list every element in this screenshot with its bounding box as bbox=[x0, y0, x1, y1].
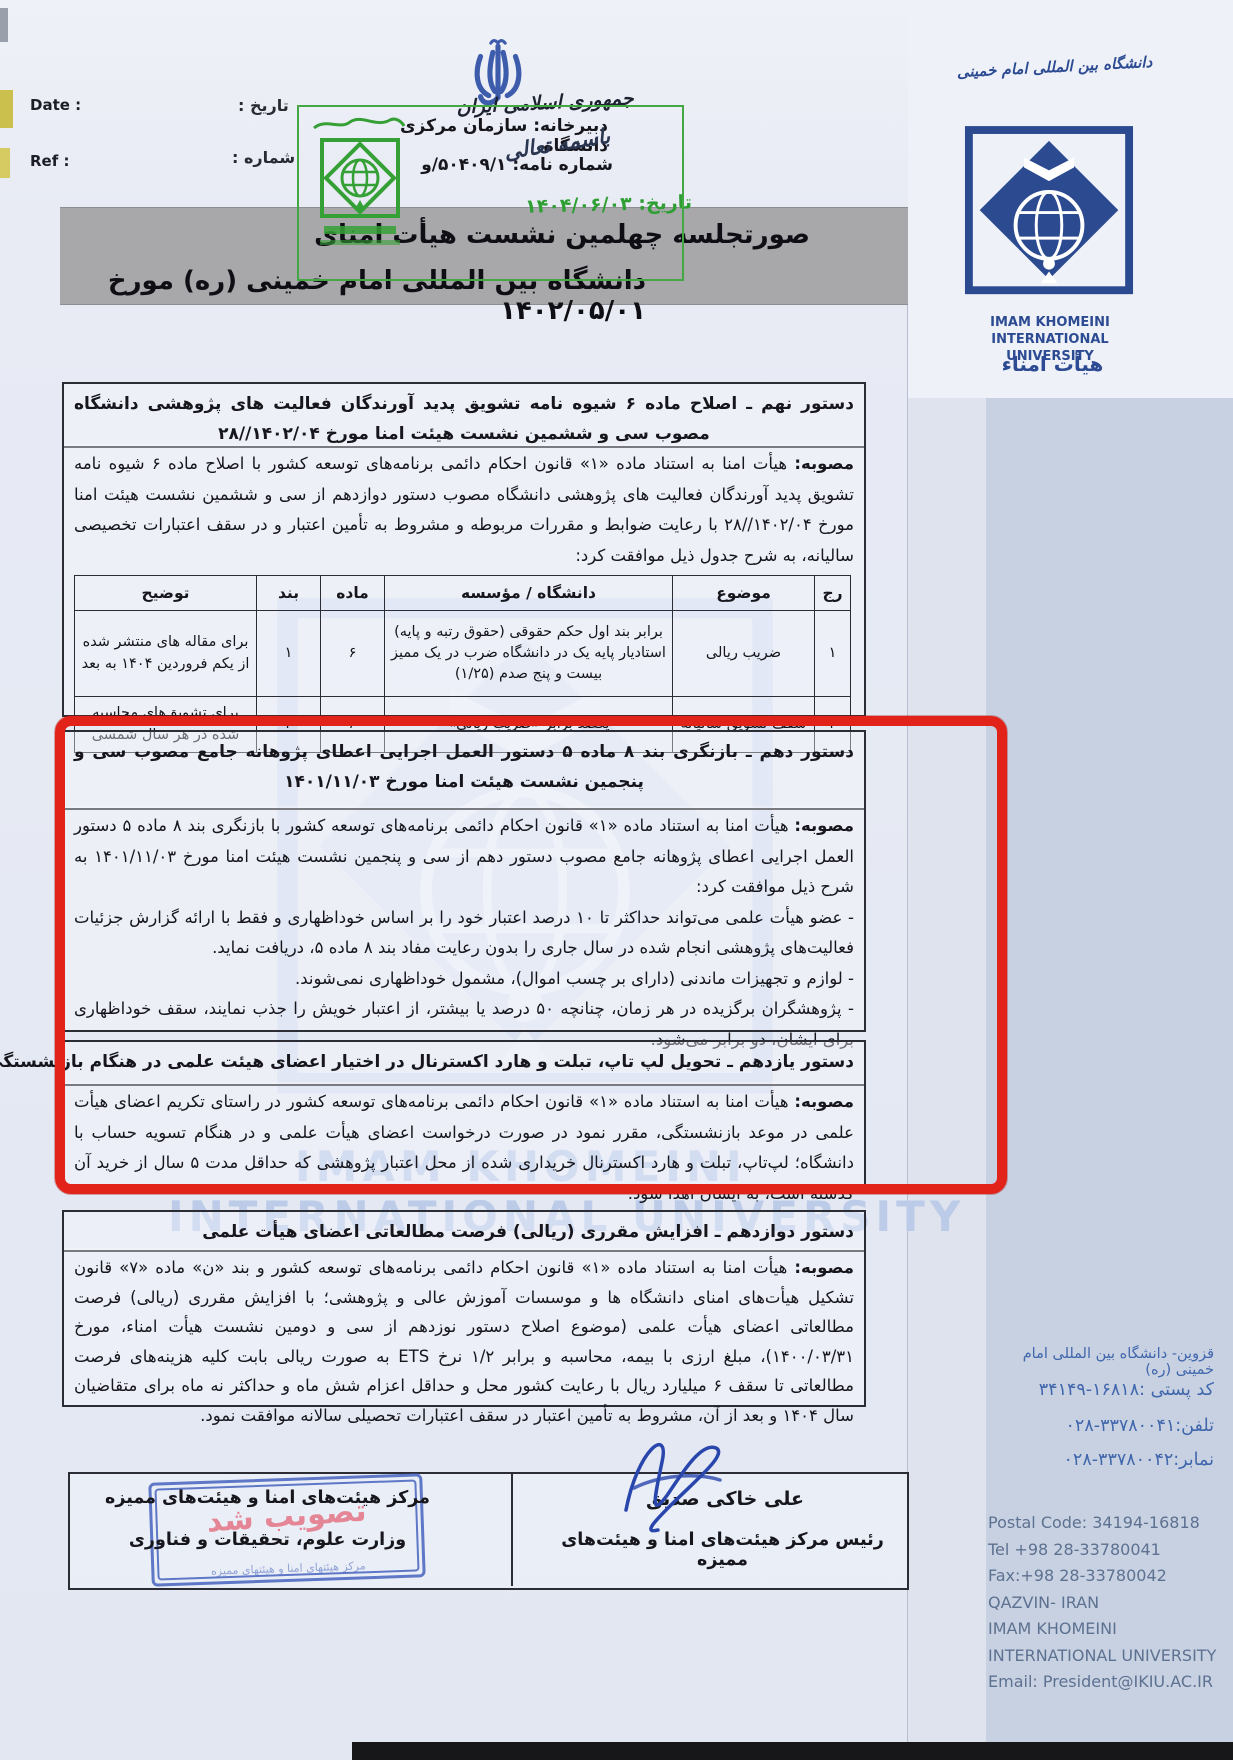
contact-fa-address: قزوین- دانشگاه بین المللی امام خمینی (ره… bbox=[982, 1346, 1214, 1378]
signature-table-divider bbox=[511, 1472, 513, 1586]
university-logo-icon bbox=[963, 124, 1135, 311]
section-10-heading: دستور دهم ـ بازنگری بند ۸ ماده ۵ دستور ا… bbox=[64, 732, 864, 802]
university-calligraphy: دانشگاه بین المللی امام خمینی bbox=[942, 52, 1168, 82]
resolution-label: مصوبه: bbox=[794, 1092, 854, 1111]
contact-en-fax: Fax:+98 28-33780042 bbox=[988, 1563, 1230, 1590]
table-header-university: دانشگاه / مؤسسه bbox=[385, 576, 673, 611]
office-name-line2: وزارت علوم، تحقیقات و فناوری bbox=[95, 1530, 440, 1550]
section-11-body-box: مصوبه: هیأت امنا به استناد ماده «۱» قانو… bbox=[62, 1082, 866, 1188]
shomareh-label: شماره : bbox=[232, 148, 295, 167]
section-9-body: مصوبه: هیأت امنا به استناد ماده «۱» قانو… bbox=[64, 444, 864, 573]
bottom-scan-bar bbox=[352, 1742, 1233, 1760]
university-name-en-line1: IMAM KHOMEINI bbox=[950, 314, 1150, 331]
contact-en-univ-line1: IMAM KHOMEINI bbox=[988, 1616, 1230, 1643]
section-12-body-box: مصوبه: هیأت امنا به استناد ماده «۱» قانو… bbox=[62, 1248, 866, 1407]
contact-en-email: Email: President@IKIU.AC.IR bbox=[988, 1669, 1230, 1696]
section-11-heading-box: دستور یازدهم ـ تحویل لپ تاپ، تبلت و هارد… bbox=[62, 1040, 866, 1086]
table-header-subject: موضوع bbox=[673, 576, 815, 611]
section-9-heading-box: دستور نهم ـ اصلاح ماده ۶ شیوه نامه تشویق… bbox=[62, 382, 866, 448]
tarikh-label: تاریخ : bbox=[238, 96, 289, 115]
section-9-body-box: مصوبه: هیأت امنا به استناد ماده «۱» قانو… bbox=[62, 444, 866, 717]
section-9-body-text: هیأت امنا به استناد ماده «۱» قانون احکام… bbox=[74, 454, 854, 565]
contact-en-postal: Postal Code: 34194-16818 bbox=[988, 1510, 1230, 1537]
title-line-2: دانشگاه بین المللی امام خمینی (ره) مورخ … bbox=[66, 266, 646, 326]
table-cell: ۶ bbox=[321, 611, 385, 697]
table-header-clause: بند bbox=[257, 576, 321, 611]
green-stamp-logo-icon bbox=[306, 114, 410, 270]
table-header-row: رج موضوع دانشگاه / مؤسسه ماده بند توضیح bbox=[75, 576, 851, 611]
section-10-body-text: هیأت امنا به استناد ماده «۱» قانون احکام… bbox=[74, 816, 854, 896]
contact-en-univ-line2: INTERNATIONAL UNIVERSITY bbox=[988, 1643, 1230, 1670]
section-11-heading: دستور یازدهم ـ تحویل لپ تاپ، تبلت و هارد… bbox=[64, 1042, 864, 1082]
section-12-heading: دستور دوازدهم ـ افزایش مقرری (ریالی) فرص… bbox=[64, 1212, 864, 1252]
section-10-body-box: مصوبه: هیأت امنا به استناد ماده «۱» قانو… bbox=[62, 806, 866, 1032]
table-header-article: ماده bbox=[321, 576, 385, 611]
resolution-label: مصوبه: bbox=[794, 1258, 854, 1277]
scan-artifact-mark bbox=[0, 90, 13, 128]
resolution-label: مصوبه: bbox=[794, 454, 854, 473]
table-cell: برای مقاله های منتشر شده از یکم فروردین … bbox=[75, 611, 257, 697]
section-10-bullet-2: - لوازم و تجهیزات ماندنی (دارای بر چسب ا… bbox=[64, 964, 864, 995]
contact-fa-fax: نمابر:۳۳۷۸۰۰۴۲-۰۲۸ bbox=[982, 1450, 1214, 1470]
contact-en-city: QAZVIN- IRAN bbox=[988, 1590, 1230, 1617]
table-cell: ۱ bbox=[815, 611, 851, 697]
contact-fa-postal: کد پستی :۱۶۸۱۸-۳۴۱۴۹ bbox=[982, 1380, 1214, 1400]
table-cell: برابر بند اول حکم حقوقی (حقوق رتبه و پای… bbox=[385, 611, 673, 697]
section-11-body: مصوبه: هیأت امنا به استناد ماده «۱» قانو… bbox=[64, 1082, 864, 1214]
scan-artifact-mark bbox=[0, 148, 10, 178]
date-stamp: تاریخ: ۱۴۰۴/۰۶/۰۳ bbox=[492, 191, 693, 218]
board-of-trustees-label: هیأت امناء bbox=[955, 352, 1150, 376]
section-12-heading-box: دستور دوازدهم ـ افزایش مقرری (ریالی) فرص… bbox=[62, 1210, 866, 1252]
table-cell: ۱ bbox=[257, 611, 321, 697]
scanned-document-page: { "form": { "date_label": "Date :", "ref… bbox=[0, 0, 1233, 1760]
section-12-body-text: هیأت امنا به استناد ماده «۱» قانون احکام… bbox=[74, 1258, 854, 1425]
office-name-line1: مرکز هیئت‌های امنا و هیئت‌های ممیزه bbox=[95, 1488, 440, 1508]
section-11-body-text: هیأت امنا به استناد ماده «۱» قانون احکام… bbox=[74, 1092, 854, 1203]
page-edge-line bbox=[907, 300, 908, 1742]
contact-fa-phone: تلفن:۳۳۷۸۰۰۴۱-۰۲۸ bbox=[982, 1416, 1214, 1436]
approvals-table: رج موضوع دانشگاه / مؤسسه ماده بند توضیح … bbox=[74, 575, 851, 753]
ref-label: Ref : bbox=[30, 152, 69, 170]
table-header-radif: رج bbox=[815, 576, 851, 611]
section-10-heading-box: دستور دهم ـ بازنگری بند ۸ ماده ۵ دستور ا… bbox=[62, 730, 866, 810]
table-header-note: توضیح bbox=[75, 576, 257, 611]
table-row: ۱ ضریب ریالی برابر بند اول حکم حقوقی (حق… bbox=[75, 611, 851, 697]
section-10-bullet-1: - عضو هیأت علمی می‌تواند حداکثر تا ۱۰ در… bbox=[64, 903, 864, 964]
contact-en-tel: Tel +98 28-33780041 bbox=[988, 1537, 1230, 1564]
section-12-body: مصوبه: هیأت امنا به استناد ماده «۱» قانو… bbox=[64, 1248, 864, 1435]
resolution-label: مصوبه: bbox=[794, 816, 854, 835]
contact-en-block: Postal Code: 34194-16818 Tel +98 28-3378… bbox=[988, 1510, 1230, 1696]
date-label: Date : bbox=[30, 96, 81, 114]
scan-artifact-mark bbox=[0, 8, 8, 42]
section-10-body: مصوبه: هیأت امنا به استناد ماده «۱» قانو… bbox=[64, 806, 864, 903]
table-cell: ضریب ریالی bbox=[673, 611, 815, 697]
signature-scribble bbox=[598, 1418, 748, 1548]
